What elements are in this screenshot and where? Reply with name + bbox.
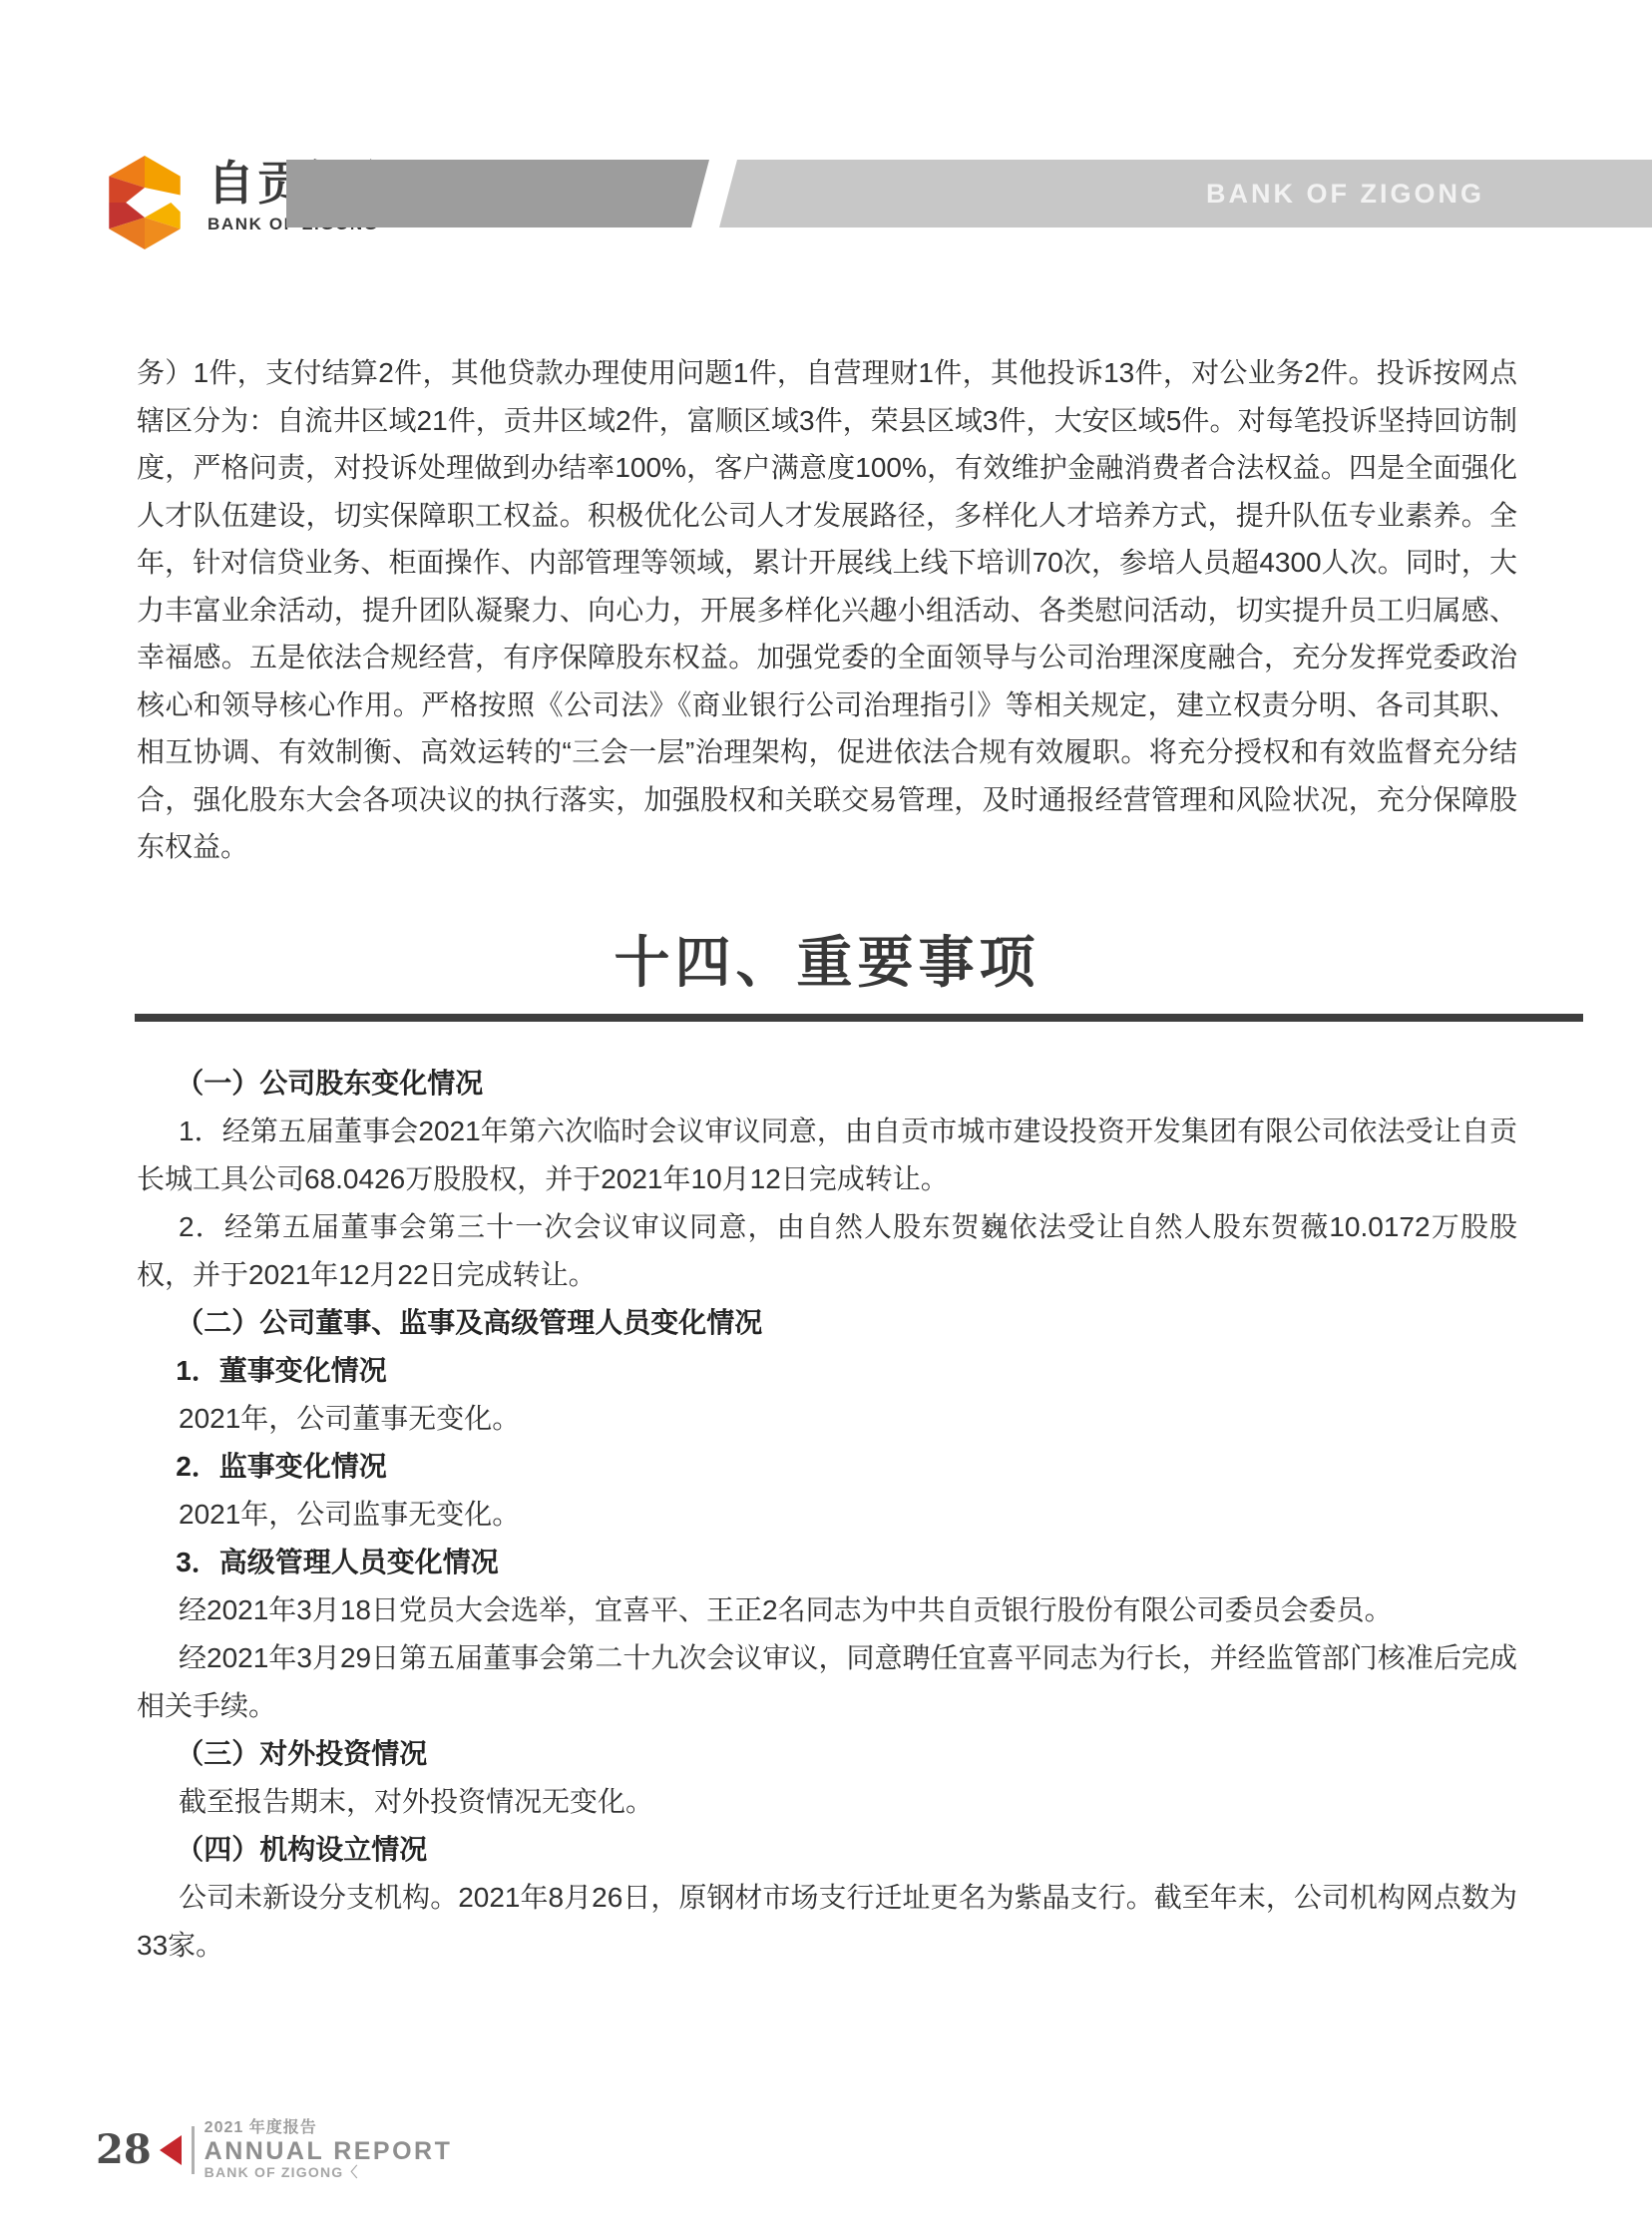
report-page: 自贡银行 BANK OF ZIGONG BANK OF ZIGONG 务）1件，… bbox=[0, 0, 1652, 2240]
body-paragraph: 经2021年3月29日第五届董事会第二十九次会议审议，同意聘任宜喜平同志为行长，… bbox=[137, 1634, 1517, 1730]
header-band-light: BANK OF ZIGONG bbox=[719, 160, 1652, 227]
page-title: 十四、重要事项 bbox=[137, 929, 1517, 996]
section-heading: 3．高级管理人员变化情况 bbox=[137, 1539, 1517, 1586]
footer-bank-en: BANK OF ZIGONG〈 bbox=[205, 2165, 453, 2180]
body-paragraph: 经2021年3月18日党员大会选举，宜喜平、王正2名同志为中共自贡银行股份有限公… bbox=[137, 1586, 1517, 1634]
body-paragraph: 公司未新设分支机构。2021年8月26日，原钢材市场支行迁址更名为紫晶支行。截至… bbox=[137, 1874, 1517, 1970]
footer-text: 2021 年度报告 ANNUAL REPORT BANK OF ZIGONG〈 bbox=[205, 2119, 453, 2181]
bank-logo-gem-icon bbox=[98, 154, 192, 251]
section-heading: 1．董事变化情况 bbox=[137, 1347, 1517, 1395]
section-heading: 2．监事变化情况 bbox=[137, 1443, 1517, 1491]
body-paragraph: 1．经第五届董事会2021年第六次临时会议审议同意，由自贡市城市建设投资开发集团… bbox=[137, 1108, 1517, 1203]
section-content: （一）公司股东变化情况1．经第五届董事会2021年第六次临时会议审议同意，由自贡… bbox=[137, 1060, 1517, 1970]
footer-divider bbox=[192, 2126, 195, 2174]
section-heading: （一）公司股东变化情况 bbox=[137, 1060, 1517, 1108]
footer-report-en: ANNUAL REPORT bbox=[205, 2137, 453, 2166]
red-triangle-icon bbox=[160, 2135, 182, 2165]
body-paragraph: 2．经第五届董事会第三十一次会议审议同意，由自然人股东贺巍依法受让自然人股东贺薇… bbox=[137, 1203, 1517, 1299]
section-heading: （二）公司董事、监事及高级管理人员变化情况 bbox=[137, 1299, 1517, 1347]
page-body: 务）1件，支付结算2件，其他贷款办理使用问题1件，自营理财1件，其他投诉13件，… bbox=[137, 349, 1517, 1970]
page-number: 28 bbox=[96, 2130, 152, 2170]
header-band-dark bbox=[286, 160, 709, 227]
body-paragraph: 2021年，公司监事无变化。 bbox=[137, 1491, 1517, 1539]
page-footer: 28 2021 年度报告 ANNUAL REPORT BANK OF ZIGON… bbox=[96, 2119, 452, 2181]
section-heading: （三）对外投资情况 bbox=[137, 1730, 1517, 1778]
title-rule bbox=[135, 1014, 1583, 1022]
intro-paragraph: 务）1件，支付结算2件，其他贷款办理使用问题1件，自营理财1件，其他投诉13件，… bbox=[137, 349, 1517, 871]
section-heading: （四）机构设立情况 bbox=[137, 1826, 1517, 1874]
header-band-bank-name: BANK OF ZIGONG bbox=[1206, 179, 1484, 210]
footer-report-cn: 2021 年度报告 bbox=[205, 2119, 453, 2137]
body-paragraph: 截至报告期末，对外投资情况无变化。 bbox=[137, 1778, 1517, 1826]
body-paragraph: 2021年，公司董事无变化。 bbox=[137, 1395, 1517, 1443]
